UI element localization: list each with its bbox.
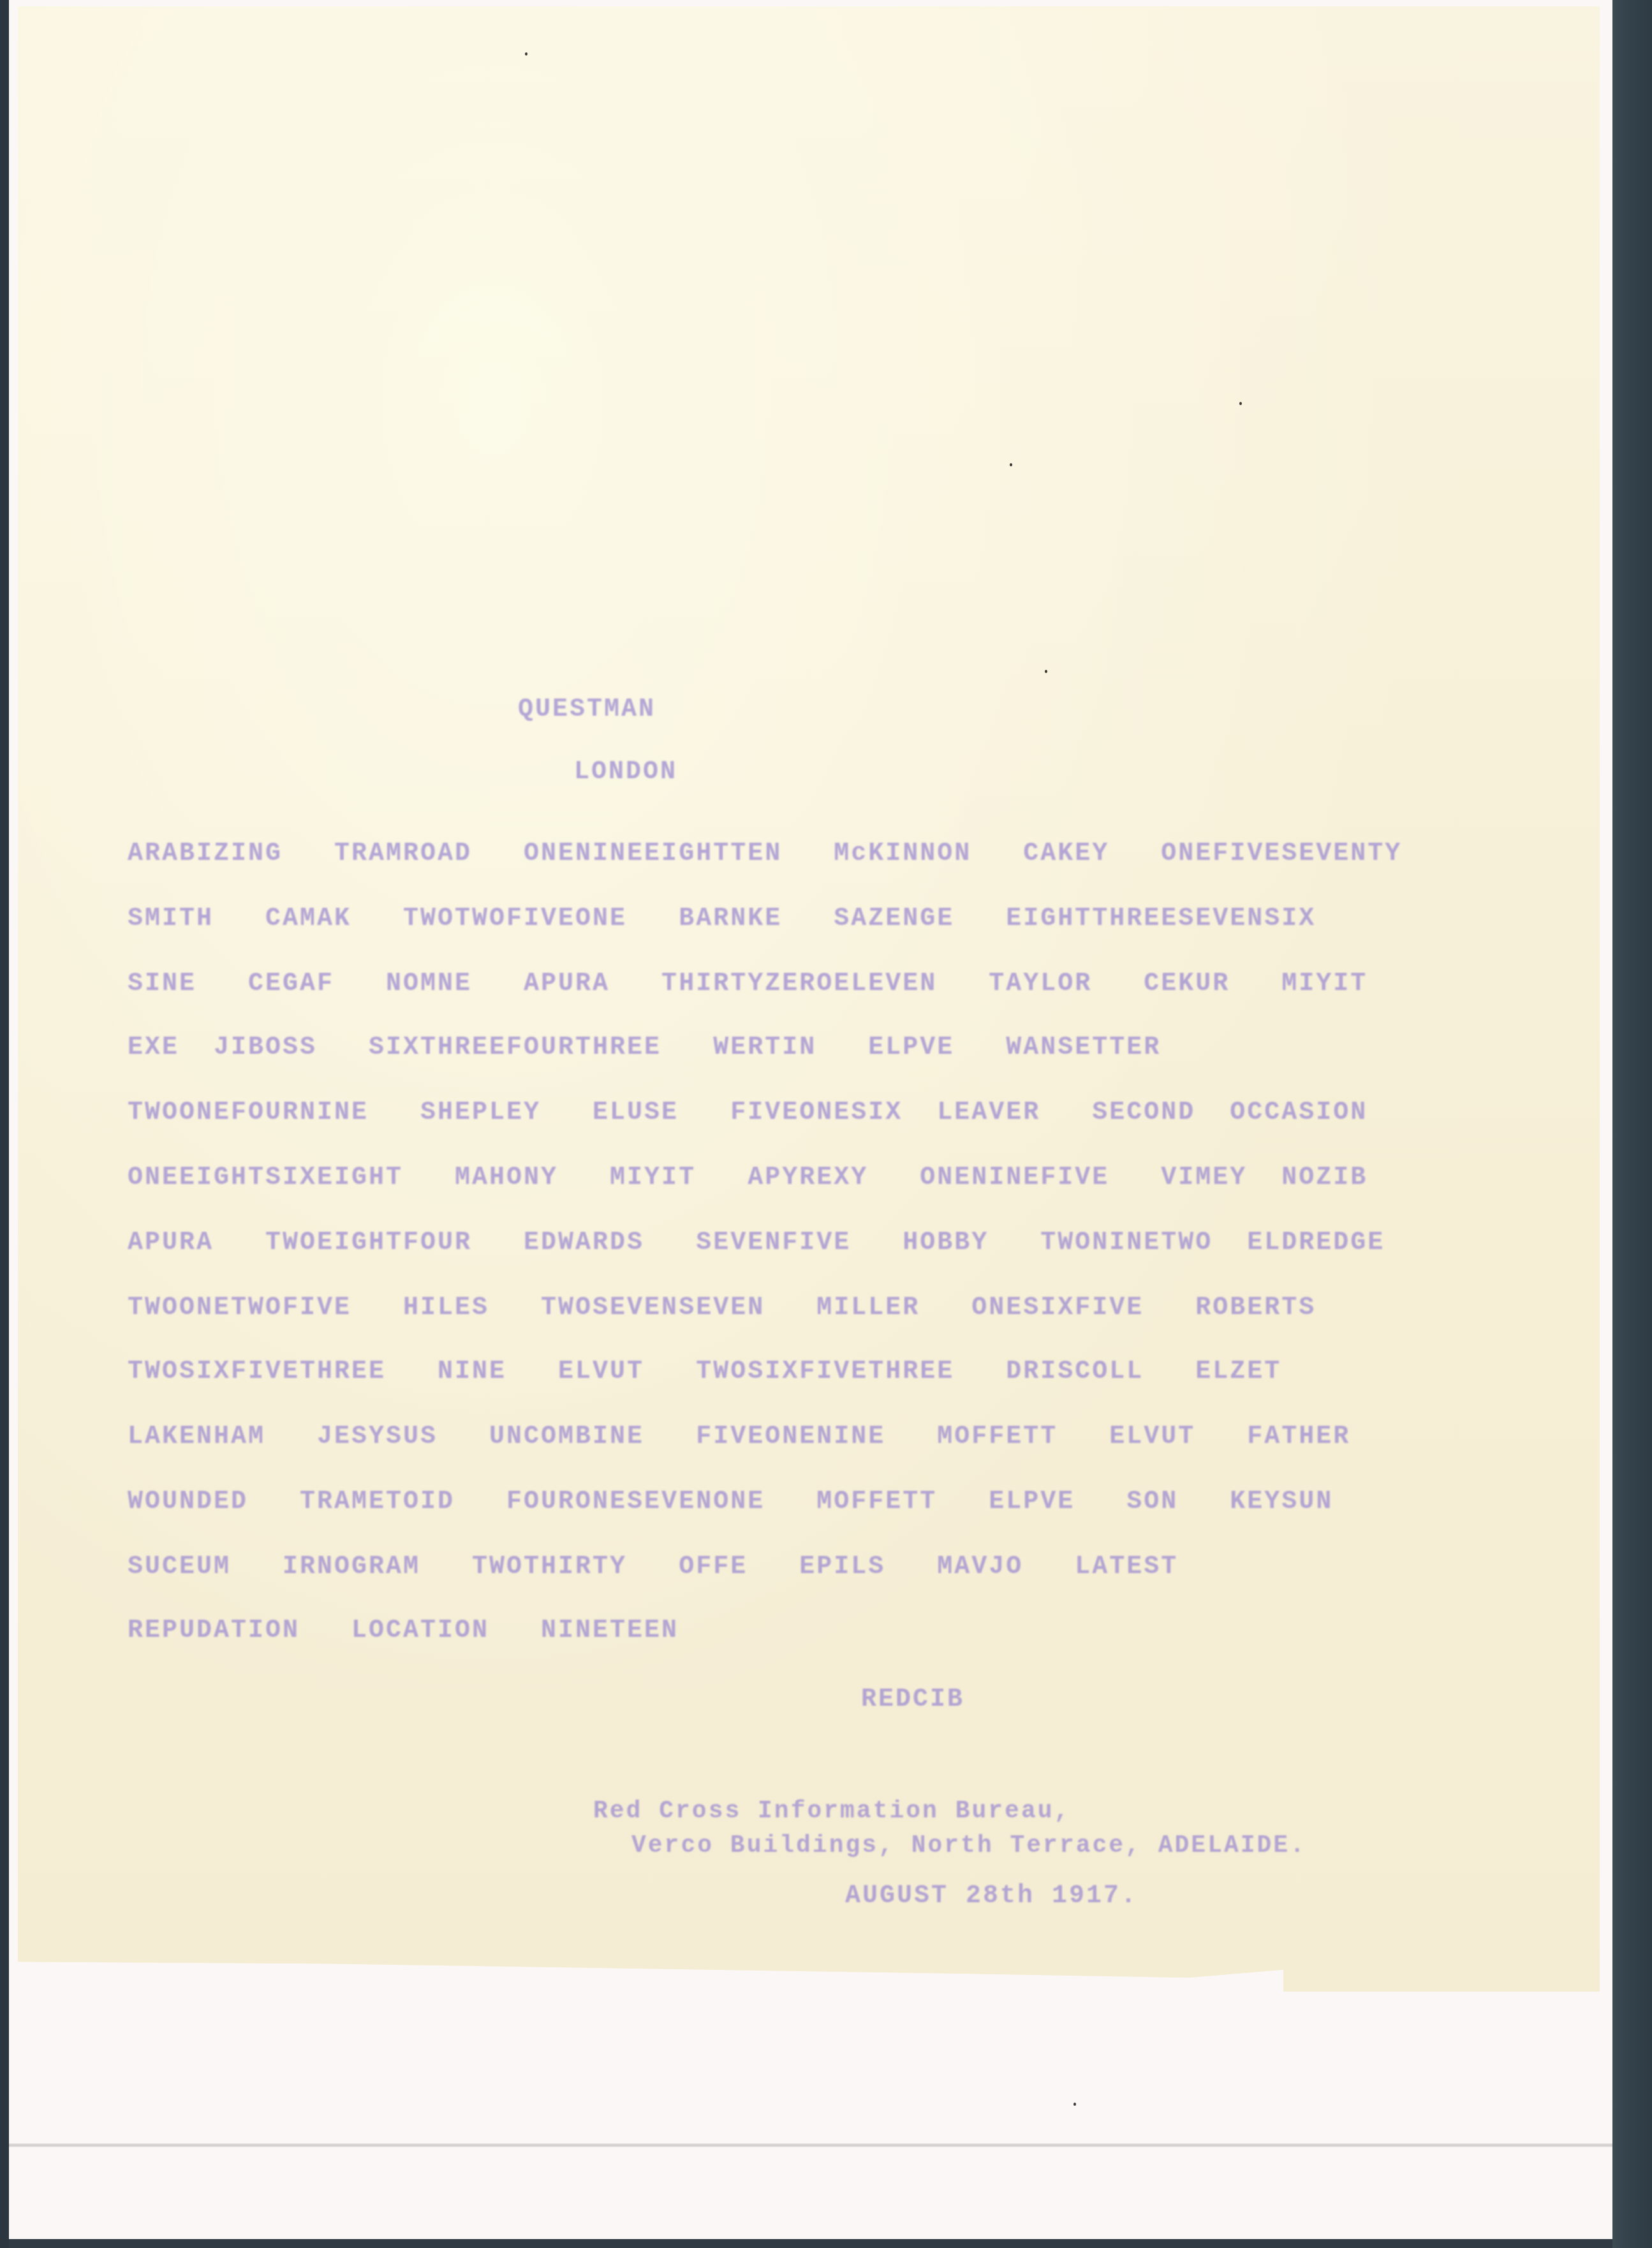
- message-line: REPUDATION LOCATION NINETEEN: [128, 1616, 679, 1645]
- ink-speck: [1073, 2103, 1076, 2106]
- message-line: ARABIZING TRAMROAD ONENINEEIGHTTEN McKIN…: [128, 839, 1402, 868]
- message-line: APURA TWOEIGHTFOUR EDWARDS SEVENFIVE HOB…: [128, 1229, 1385, 1257]
- destination-city: LONDON: [574, 758, 677, 787]
- ink-speck: [1045, 670, 1047, 673]
- message-line: EXE JIBOSS SIXTHREEFOURTHREE WERTIN ELPV…: [128, 1033, 1161, 1062]
- message-line: SUCEUM IRNOGRAM TWOTHIRTY OFFE EPILS MAV…: [128, 1553, 1178, 1581]
- ink-speck: [1010, 463, 1012, 466]
- message-line: TWOONEFOURNINE SHEPLEY ELUSE FIVEONESIX …: [128, 1098, 1368, 1127]
- addressee: QUESTMAN: [518, 695, 656, 724]
- sender-organization: Red Cross Information Bureau,: [593, 1798, 1070, 1825]
- message-line: SINE CEGAF NOMNE APURA THIRTYZEROELEVEN …: [128, 970, 1368, 998]
- scanner-backdrop-left: [0, 0, 9, 2248]
- mount-fold-line: [9, 2143, 1612, 2147]
- message-line: LAKENHAM JESYSUS UNCOMBINE FIVEONENINE M…: [128, 1423, 1350, 1451]
- message-line: ONEEIGHTSIXEIGHT MAHONY MIYIT APYREXY ON…: [128, 1164, 1368, 1192]
- message-line: WOUNDED TRAMETOID FOURONESEVENONE MOFFET…: [128, 1488, 1333, 1516]
- ink-speck: [1239, 402, 1242, 405]
- message-line: SMITH CAMAK TWOTWOFIVEONE BARNKE SAZENGE…: [128, 905, 1316, 933]
- scanner-backdrop-right: [1612, 0, 1652, 2248]
- sender-address: Verco Buildings, North Terrace, ADELAIDE…: [631, 1832, 1306, 1860]
- document-date: AUGUST 28th 1917.: [845, 1882, 1138, 1911]
- signature-code: REDCIB: [861, 1685, 964, 1714]
- ink-speck: [525, 52, 527, 55]
- document-sheet: [18, 6, 1600, 1992]
- message-line: TWOONETWOFIVE HILES TWOSEVENSEVEN MILLER…: [128, 1294, 1316, 1322]
- message-line: TWOSIXFIVETHREE NINE ELVUT TWOSIXFIVETHR…: [128, 1357, 1281, 1386]
